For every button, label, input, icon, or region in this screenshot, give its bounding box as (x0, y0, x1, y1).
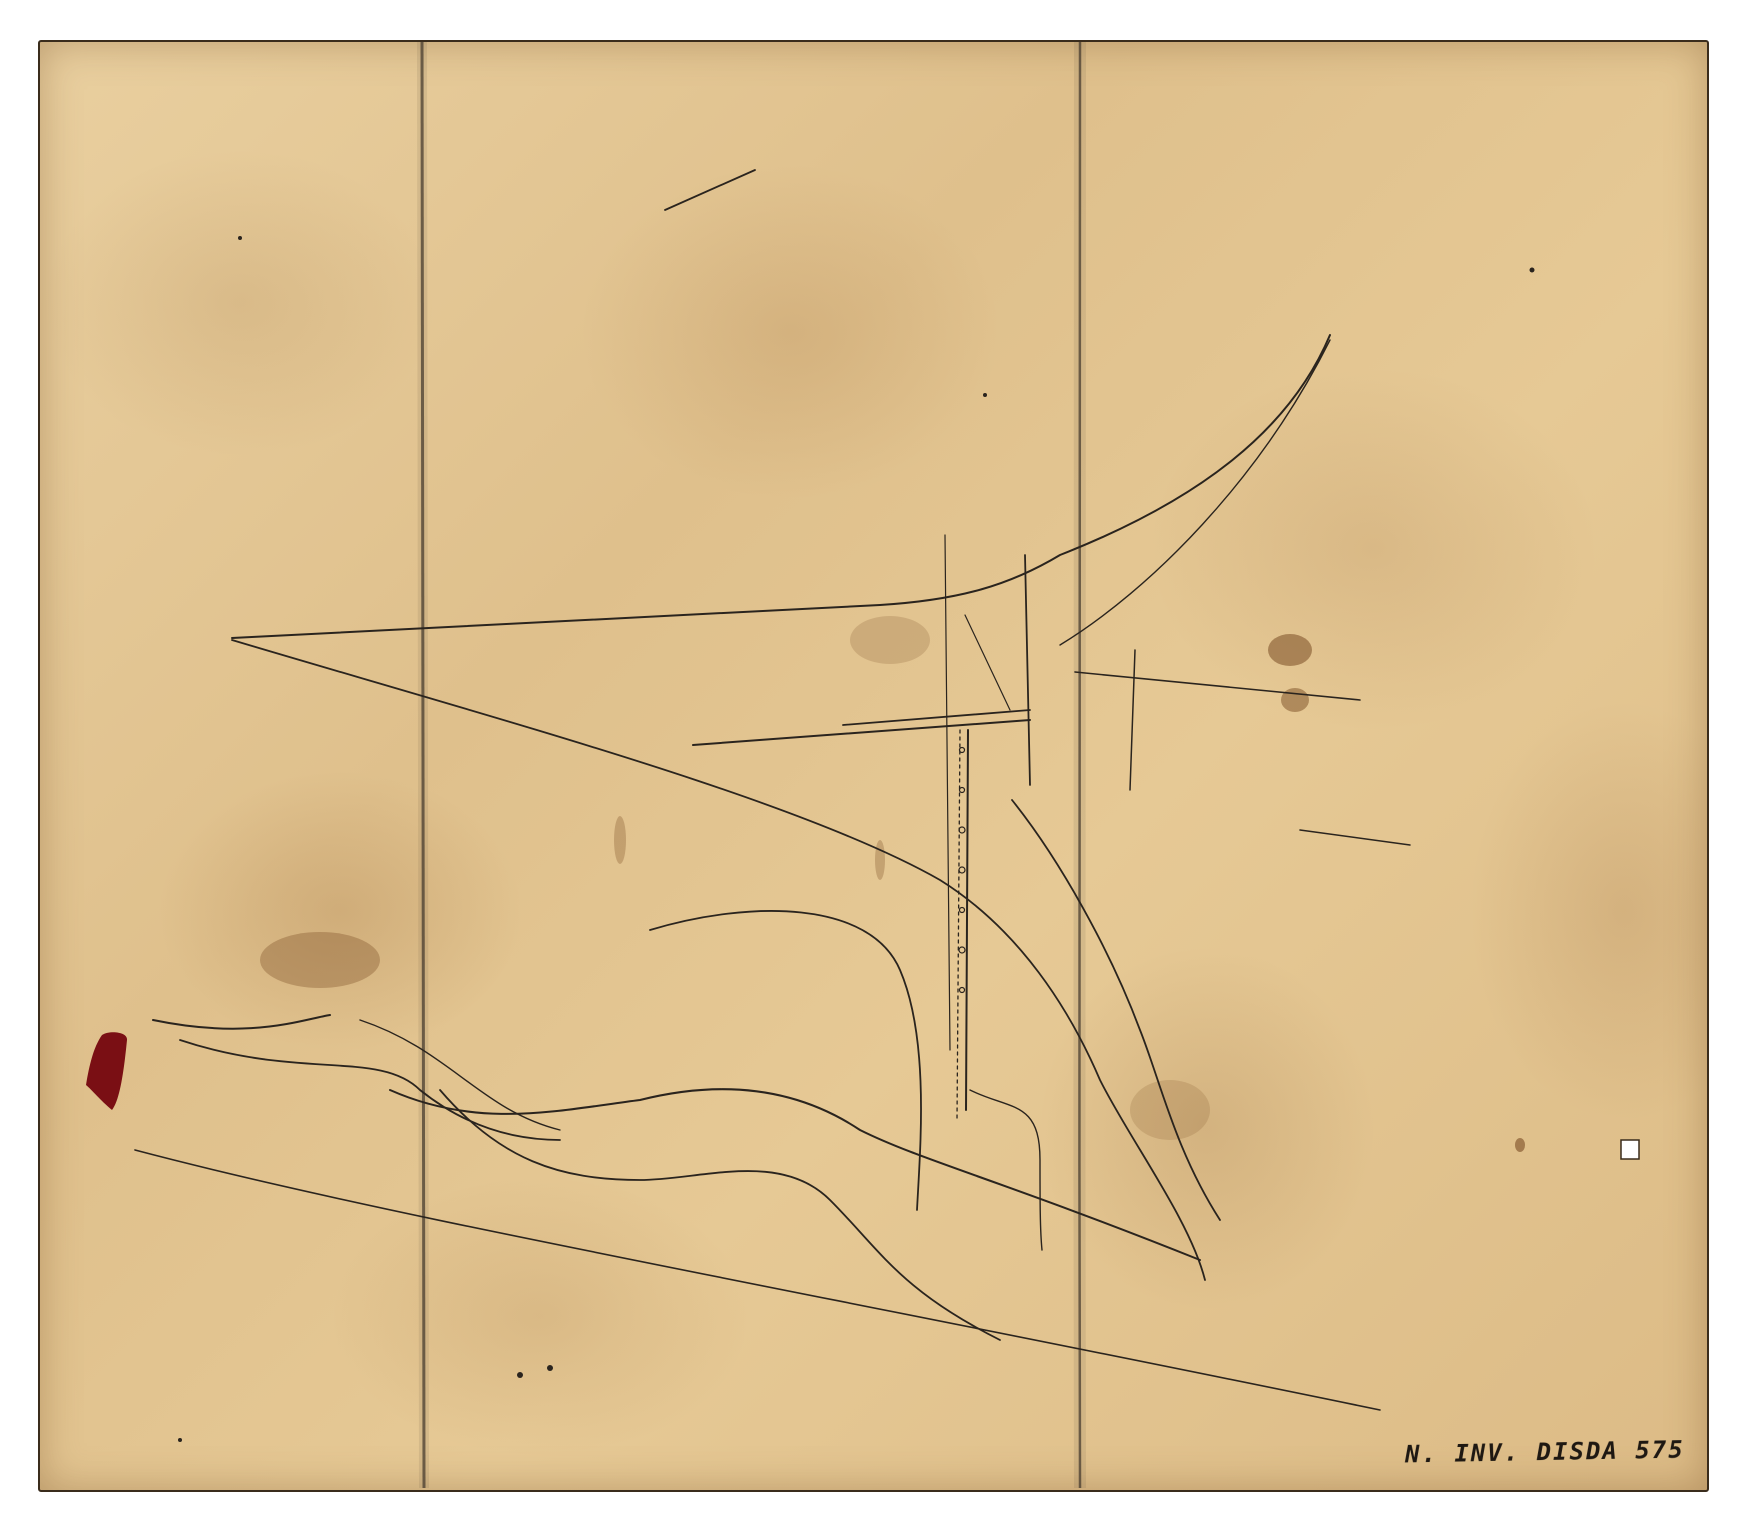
punched-hole (1621, 1140, 1639, 1159)
fold-lines (422, 42, 1081, 1488)
pencil-drawing (0, 0, 1743, 1518)
sketch-lines (135, 170, 1410, 1410)
stains (260, 616, 1525, 1152)
inventory-inscription: N. INV. DISDA 575 (1405, 1436, 1685, 1469)
red-wax-mark (86, 1032, 127, 1110)
post-beads (959, 748, 965, 993)
